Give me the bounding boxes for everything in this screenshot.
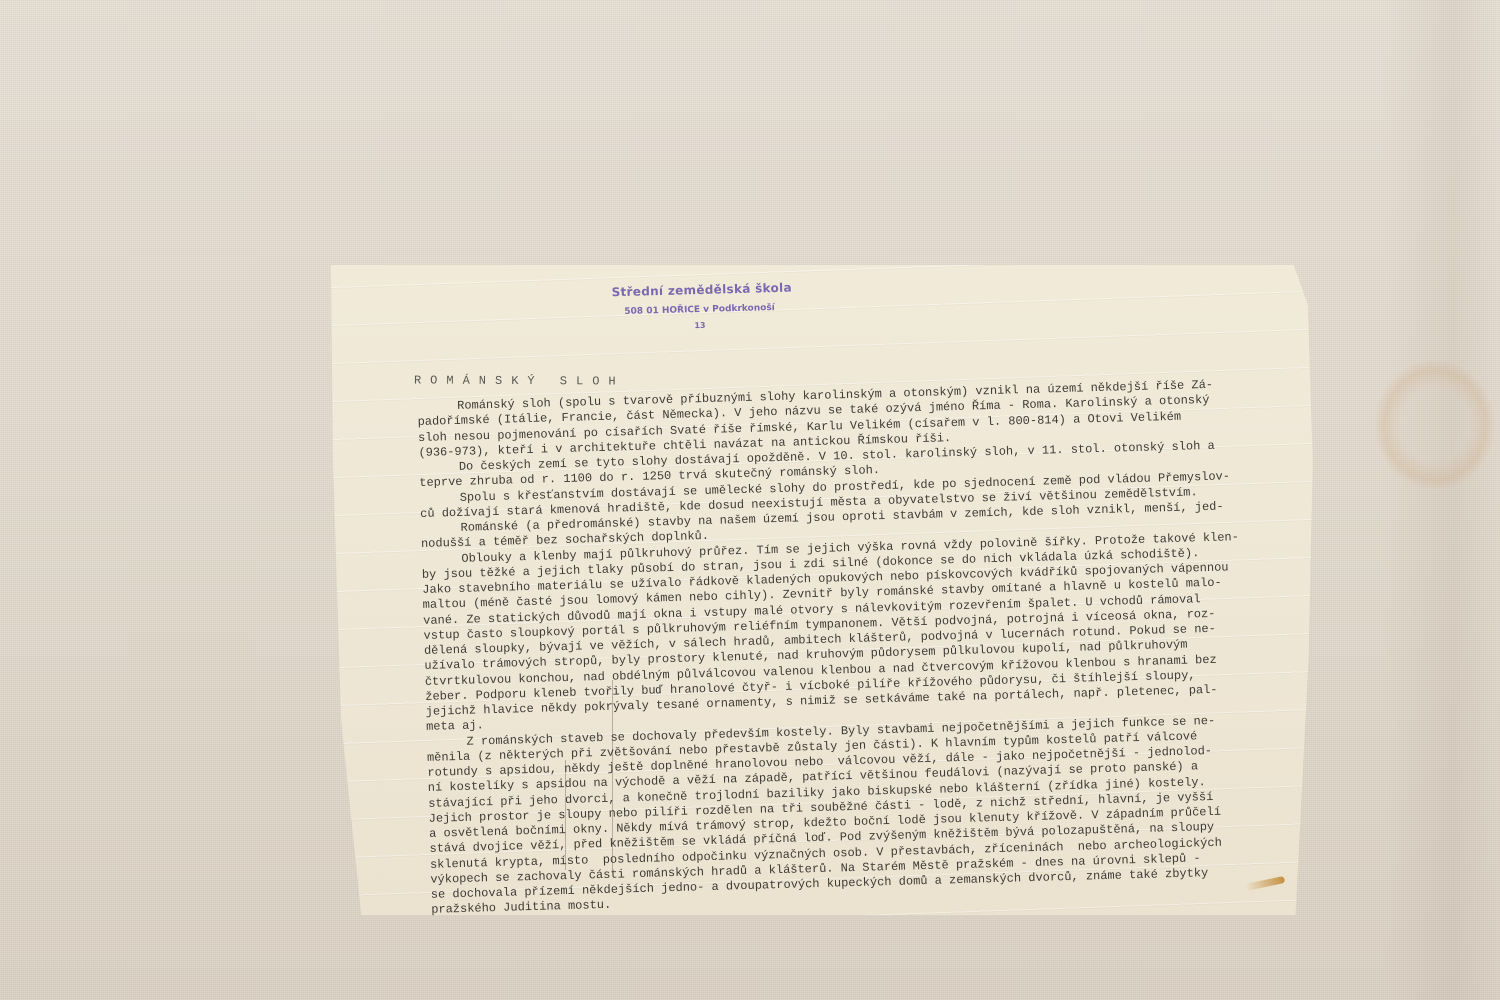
pin-mark [565, 760, 566, 870]
pin-mark [612, 680, 613, 870]
document-title: ROMÁNSKÝ SLOH [414, 373, 625, 388]
water-stain [1375, 360, 1495, 490]
stamp-address: 508 01 HOŘICE v Podkrkonoší [612, 303, 787, 318]
canvas-fold [1385, 0, 1500, 1000]
school-stamp: Střední zemědělská škola 508 01 HOŘICE v… [611, 281, 787, 333]
document-body: Románský sloh (spolu s tvarově příbuzným… [417, 376, 1291, 918]
